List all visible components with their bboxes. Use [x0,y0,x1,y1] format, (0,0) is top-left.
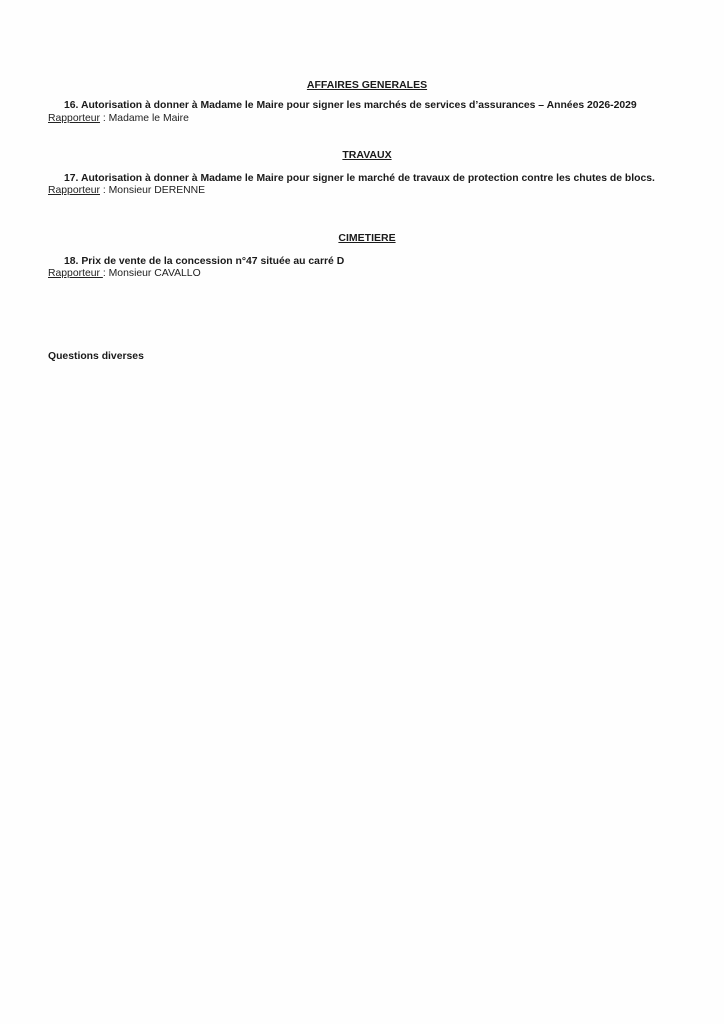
agenda-item-18-rapporteur: Rapporteur : Monsieur CAVALLO [48,268,201,280]
agenda-item-17-title: 17. Autorisation à donner à Madame le Ma… [64,173,655,185]
rapporteur-separator: : [100,113,109,124]
agenda-item-18-title: 18. Prix de vente de la concession n°47 … [64,256,344,268]
rapporteur-separator: : [100,185,109,196]
rapporteur-name: Madame le Maire [109,113,189,124]
rapporteur-name: Monsieur CAVALLO [109,268,201,279]
questions-diverses: Questions diverses [48,351,144,363]
agenda-item-16-title: 16. Autorisation à donner à Madame le Ma… [64,100,637,112]
agenda-item-16-rapporteur: Rapporteur : Madame le Maire [48,113,189,125]
section-heading-cimetiere: CIMETIERE [0,232,724,244]
rapporteur-label: Rapporteur [48,185,100,196]
section-heading-travaux: TRAVAUX [0,149,724,161]
section-heading-affaires-generales: AFFAIRES GENERALES [0,79,724,91]
rapporteur-label: Rapporteur [48,268,103,279]
rapporteur-label: Rapporteur [48,113,100,124]
rapporteur-name: Monsieur DERENNE [109,185,205,196]
agenda-item-17-rapporteur: Rapporteur : Monsieur DERENNE [48,185,205,197]
document-page: AFFAIRES GENERALES 16. Autorisation à do… [0,0,724,1024]
